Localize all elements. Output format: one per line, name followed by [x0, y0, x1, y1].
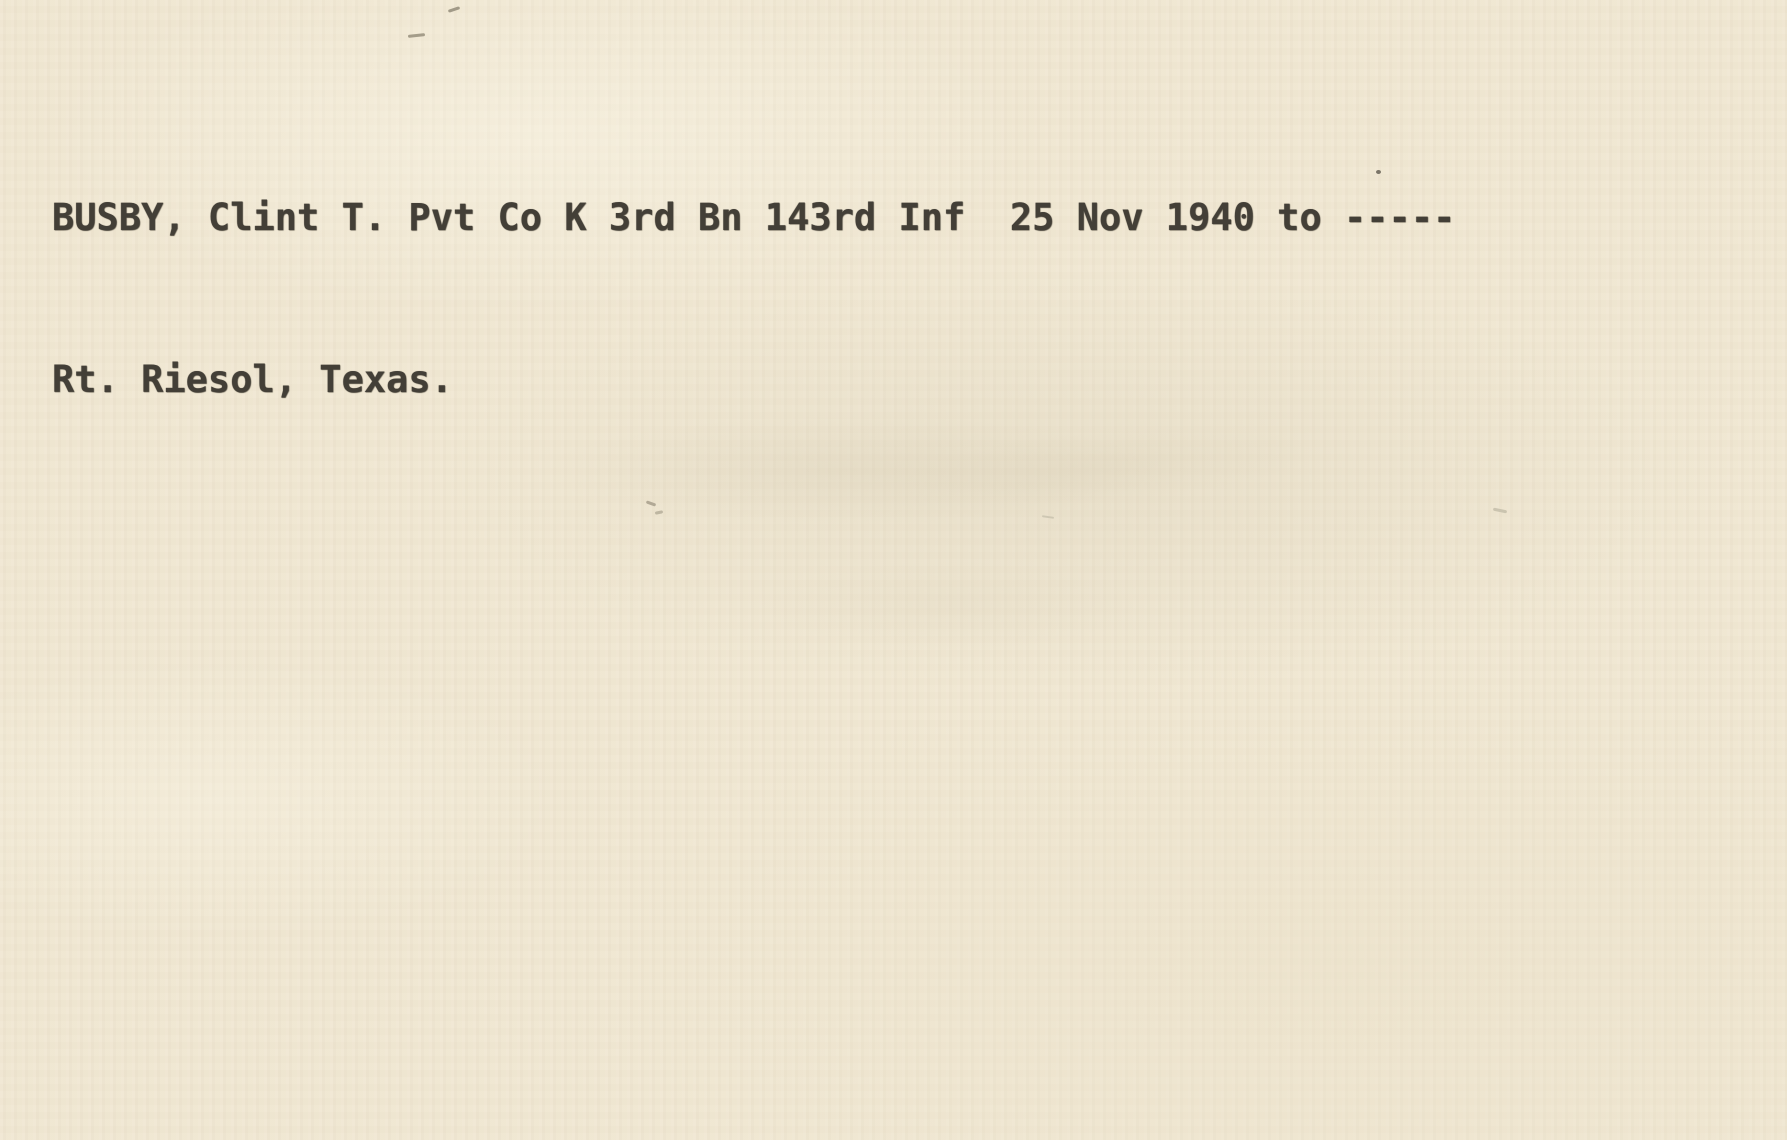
paper-smudge: [760, 560, 1140, 650]
paper-speck: [448, 6, 460, 13]
record-line-1: BUSBY, Clint T. Pvt Co K 3rd Bn 143rd In…: [52, 191, 1455, 245]
scanned-index-card: BUSBY, Clint T. Pvt Co K 3rd Bn 143rd In…: [0, 0, 1787, 1140]
paper-speck: [1493, 508, 1507, 514]
paper-speck: [408, 33, 425, 38]
typed-text-block: BUSBY, Clint T. Pvt Co K 3rd Bn 143rd In…: [52, 83, 1455, 515]
paper-speck: [1042, 515, 1054, 519]
record-line-2: Rt. Riesol, Texas.: [52, 353, 1455, 407]
